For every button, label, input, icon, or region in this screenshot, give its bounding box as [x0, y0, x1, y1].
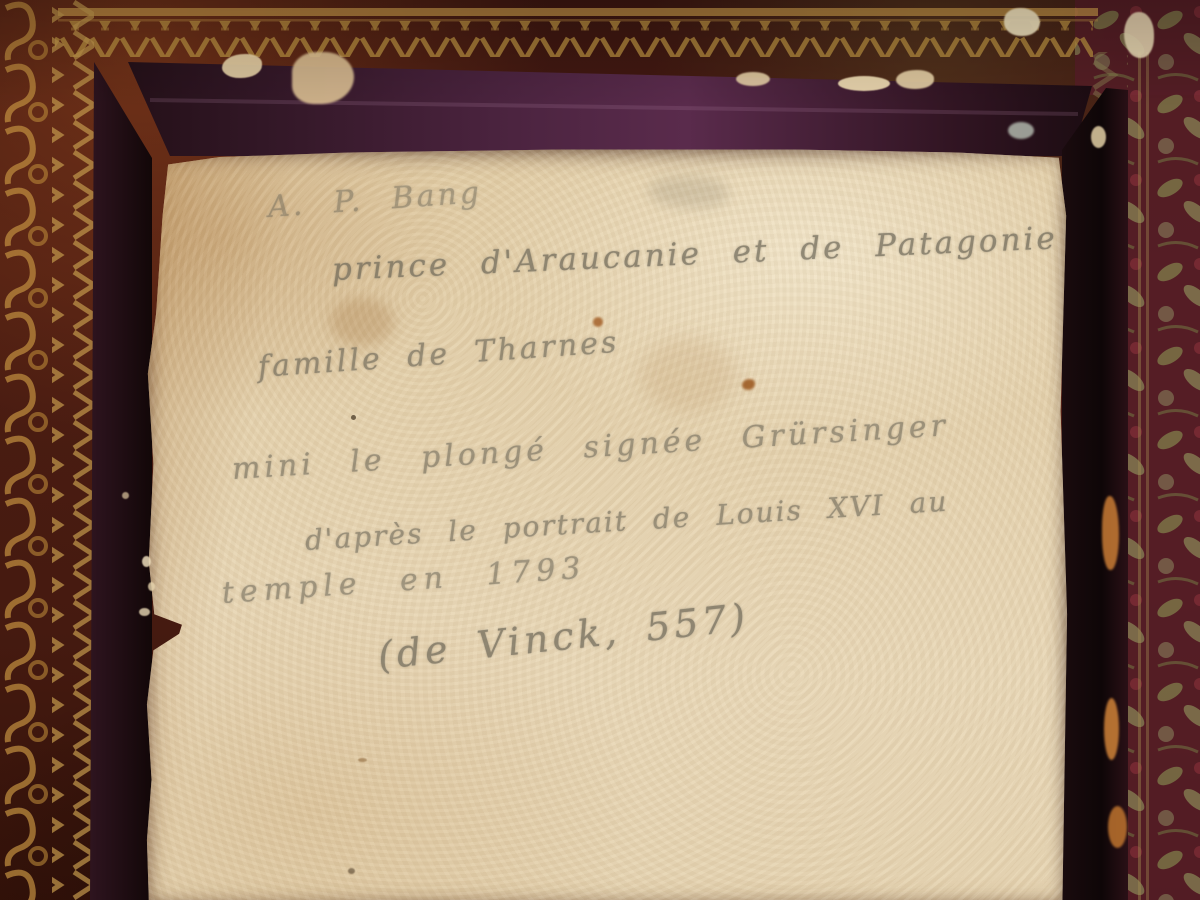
- right-shadow-gap: [1062, 88, 1128, 900]
- left-bevel: [90, 62, 152, 900]
- top-gilt-fillet: [58, 8, 1098, 16]
- photo-canvas: A. P. Bang prince d'Araucanie et de Pata…: [0, 0, 1200, 900]
- left-sawtooth-border: [52, 0, 94, 900]
- paper-sheet: [146, 148, 1068, 900]
- right-gilt-fillets: [1146, 52, 1149, 900]
- top-bevel: [128, 62, 1092, 156]
- left-floral-tooling: [0, 0, 53, 900]
- right-gilt-fillets: [1138, 52, 1141, 900]
- top-zigzag-border: [55, 21, 1093, 57]
- right-floral-tooling: [1126, 90, 1200, 900]
